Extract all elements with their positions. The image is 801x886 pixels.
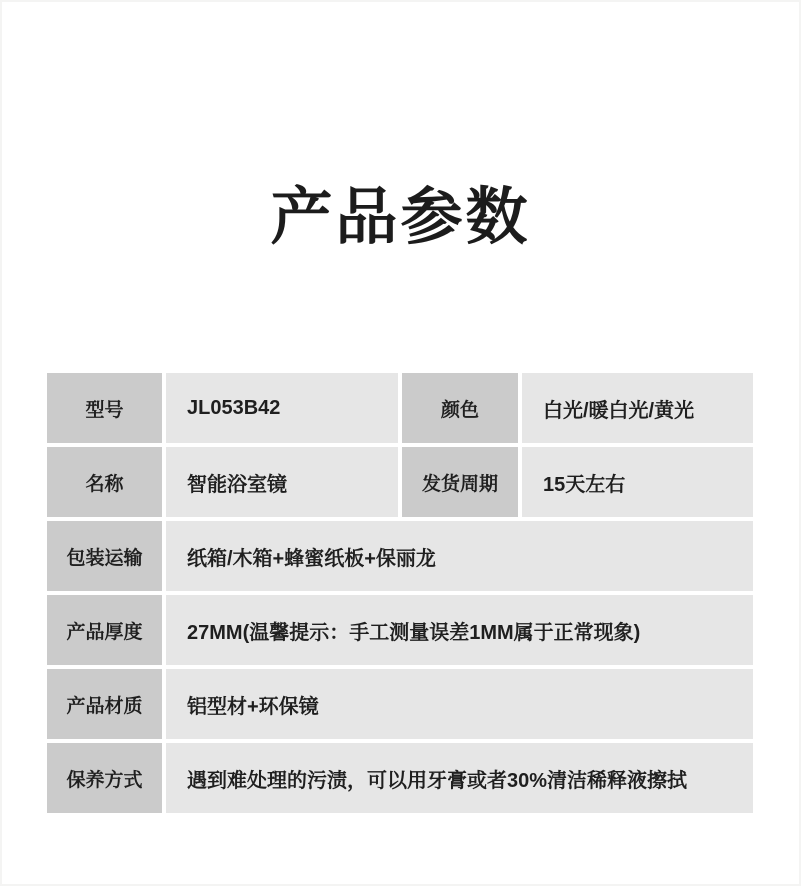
product-parameters-page: 产品参数 型号 JL053B42 颜色 白光/暖白光/黄光 名称 智能浴室镜 发… (0, 0, 801, 886)
table-row-material: 产品材质 铝型材+环保镜 (47, 669, 753, 739)
material-value: 铝型材+环保镜 (166, 669, 753, 739)
name-value: 智能浴室镜 (166, 447, 398, 517)
spec-table: 型号 JL053B42 颜色 白光/暖白光/黄光 名称 智能浴室镜 发货周期 1… (47, 373, 753, 813)
delivery-period-label: 发货周期 (402, 447, 518, 517)
table-row-packaging: 包装运输 纸箱/木箱+蜂蜜纸板+保丽龙 (47, 521, 753, 591)
table-row-thickness: 产品厚度 27MM(温馨提示：手工测量误差1MM属于正常现象) (47, 595, 753, 665)
packaging-label: 包装运输 (47, 521, 162, 591)
table-row-maintenance: 保养方式 遇到难处理的污渍，可以用牙膏或者30%清洁稀释液擦拭 (47, 743, 753, 813)
page-title: 产品参数 (2, 184, 799, 252)
table-row-model-color: 型号 JL053B42 颜色 白光/暖白光/黄光 (47, 373, 753, 443)
thickness-value: 27MM(温馨提示：手工测量误差1MM属于正常现象) (166, 595, 753, 665)
maintenance-value: 遇到难处理的污渍，可以用牙膏或者30%清洁稀释液擦拭 (166, 743, 753, 813)
color-label: 颜色 (402, 373, 518, 443)
color-value: 白光/暖白光/黄光 (522, 373, 753, 443)
material-label: 产品材质 (47, 669, 162, 739)
model-value: JL053B42 (166, 373, 398, 443)
packaging-value: 纸箱/木箱+蜂蜜纸板+保丽龙 (166, 521, 753, 591)
name-label: 名称 (47, 447, 162, 517)
thickness-label: 产品厚度 (47, 595, 162, 665)
maintenance-label: 保养方式 (47, 743, 162, 813)
delivery-period-value: 15天左右 (522, 447, 753, 517)
model-label: 型号 (47, 373, 162, 443)
table-row-name-delivery: 名称 智能浴室镜 发货周期 15天左右 (47, 447, 753, 517)
